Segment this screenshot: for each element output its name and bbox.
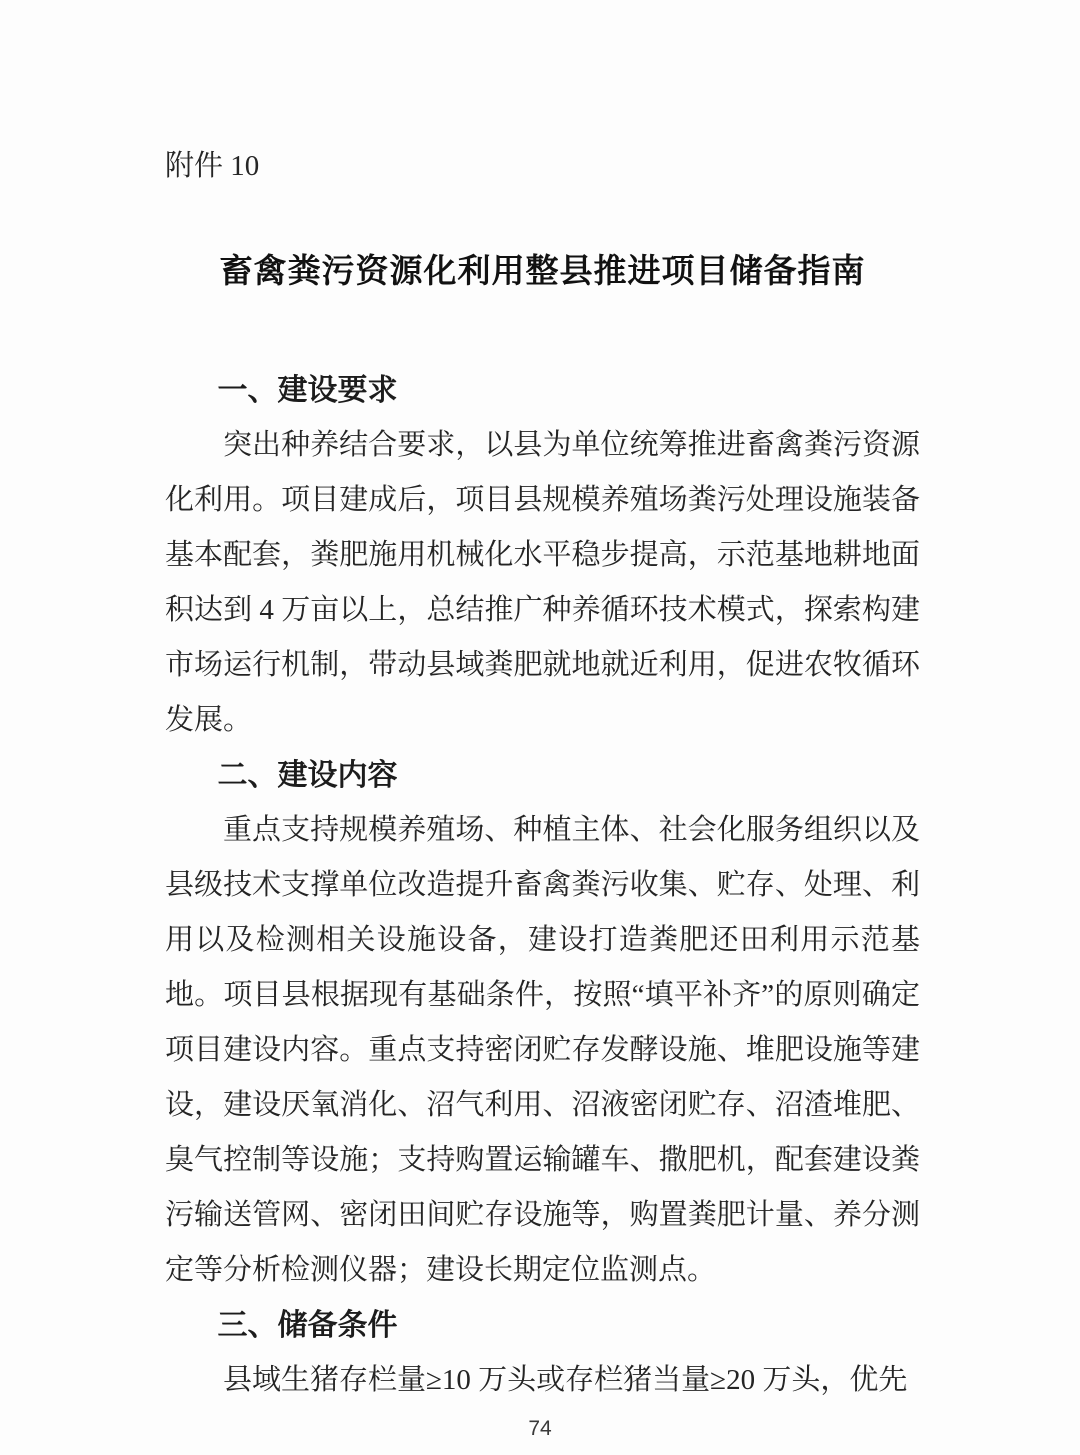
paragraph-reserve-conditions: 县域生猪存栏量≥10 万头或存栏猪当量≥20 万头，优先	[165, 1353, 920, 1408]
section-heading-construction-content: 二、建设内容	[165, 748, 920, 803]
section-construction-requirements: 一、建设要求 突出种养结合要求，以县为单位统筹推进畜禽粪污资源化利用。项目建成后…	[165, 363, 920, 748]
paragraph-construction-requirements: 突出种养结合要求，以县为单位统筹推进畜禽粪污资源化利用。项目建成后，项目县规模养…	[165, 418, 920, 748]
section-reserve-conditions: 三、储备条件 县域生猪存栏量≥10 万头或存栏猪当量≥20 万头，优先	[165, 1298, 920, 1408]
document-title: 畜禽粪污资源化利用整县推进项目储备指南	[165, 248, 920, 294]
document-page: 附件 10 畜禽粪污资源化利用整县推进项目储备指南 一、建设要求 突出种养结合要…	[0, 0, 1080, 1455]
section-heading-construction-requirements: 一、建设要求	[165, 363, 920, 418]
attachment-label: 附件 10	[165, 146, 920, 186]
section-construction-content: 二、建设内容 重点支持规模养殖场、种植主体、社会化服务组织以及县级技术支撑单位改…	[165, 748, 920, 1298]
paragraph-construction-content: 重点支持规模养殖场、种植主体、社会化服务组织以及县级技术支撑单位改造提升畜禽粪污…	[165, 803, 920, 1298]
section-heading-reserve-conditions: 三、储备条件	[165, 1298, 920, 1353]
page-number: 74	[0, 1417, 1080, 1441]
